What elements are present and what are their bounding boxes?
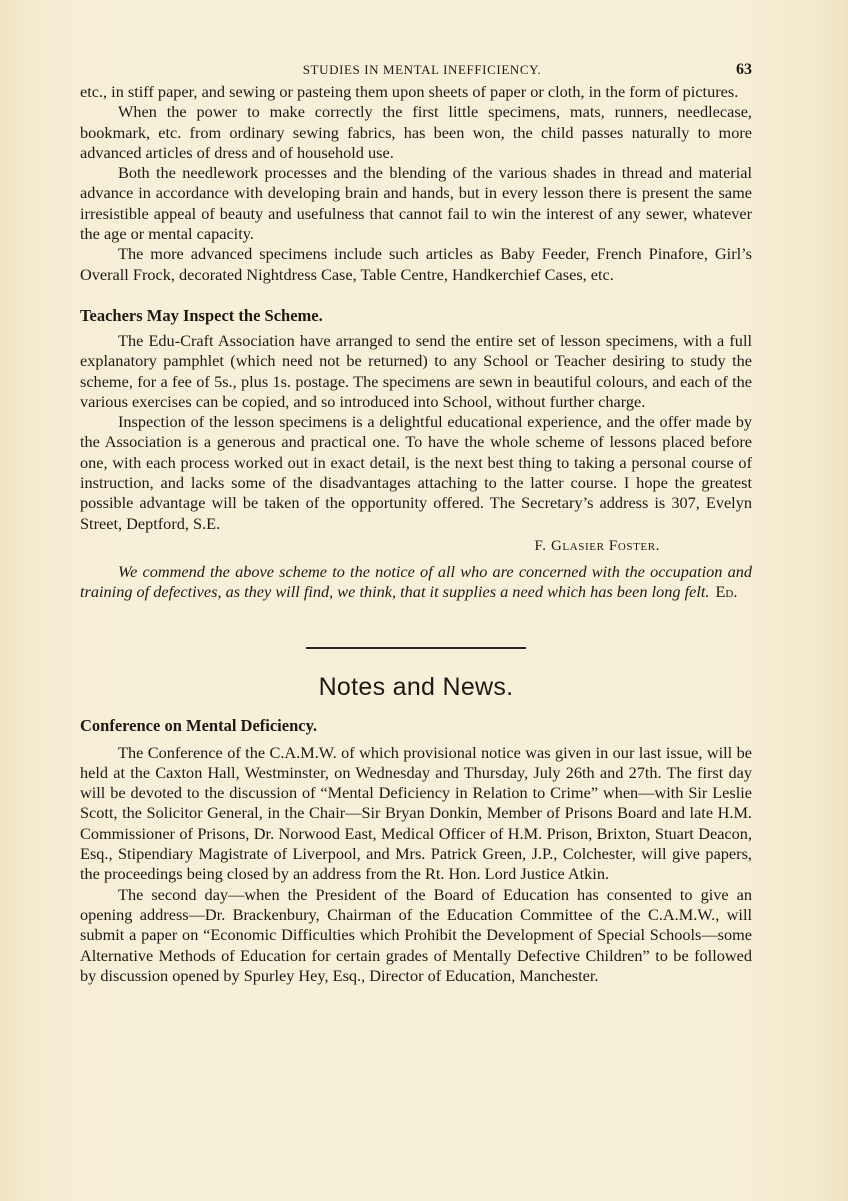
article-continuation: etc., in stiff paper, and sewing or past…	[80, 82, 752, 285]
author-signature: F. Glasier Foster.	[80, 534, 752, 558]
paragraph: When the power to make correctly the fir…	[80, 102, 752, 163]
section-title: Notes and News.	[80, 671, 752, 703]
editor-note-text: We commend the above scheme to the notic…	[80, 562, 752, 601]
editor-signoff: Ed.	[715, 582, 737, 601]
teachers-section: Teachers May Inspect the Scheme. The Edu…	[80, 305, 752, 558]
paragraph: The Edu-Craft Association have arranged …	[80, 331, 752, 412]
signature-text: F. Glasier Foster.	[535, 538, 660, 554]
paragraph: Inspection of the lesson specimens is a …	[80, 412, 752, 534]
running-title: STUDIES IN MENTAL INEFFICIENCY.	[303, 58, 542, 82]
paragraph: etc., in stiff paper, and sewing or past…	[80, 82, 752, 102]
paragraph: The second day—when the President of the…	[80, 885, 752, 986]
running-header: STUDIES IN MENTAL INEFFICIENCY. 63	[80, 58, 752, 82]
section-divider	[306, 647, 526, 649]
paragraph: The Conference of the C.A.M.W. of which …	[80, 743, 752, 885]
paragraph: Both the needlework processes and the bl…	[80, 163, 752, 244]
page-number: 63	[736, 58, 752, 82]
book-page: STUDIES IN MENTAL INEFFICIENCY. 63 etc.,…	[80, 58, 752, 986]
section-heading: Teachers May Inspect the Scheme.	[80, 305, 752, 327]
conference-section: Conference on Mental Deficiency. The Con…	[80, 715, 752, 987]
editor-note: We commend the above scheme to the notic…	[80, 562, 752, 603]
paragraph: The more advanced specimens include such…	[80, 244, 752, 285]
subsection-heading: Conference on Mental Deficiency.	[80, 715, 752, 737]
